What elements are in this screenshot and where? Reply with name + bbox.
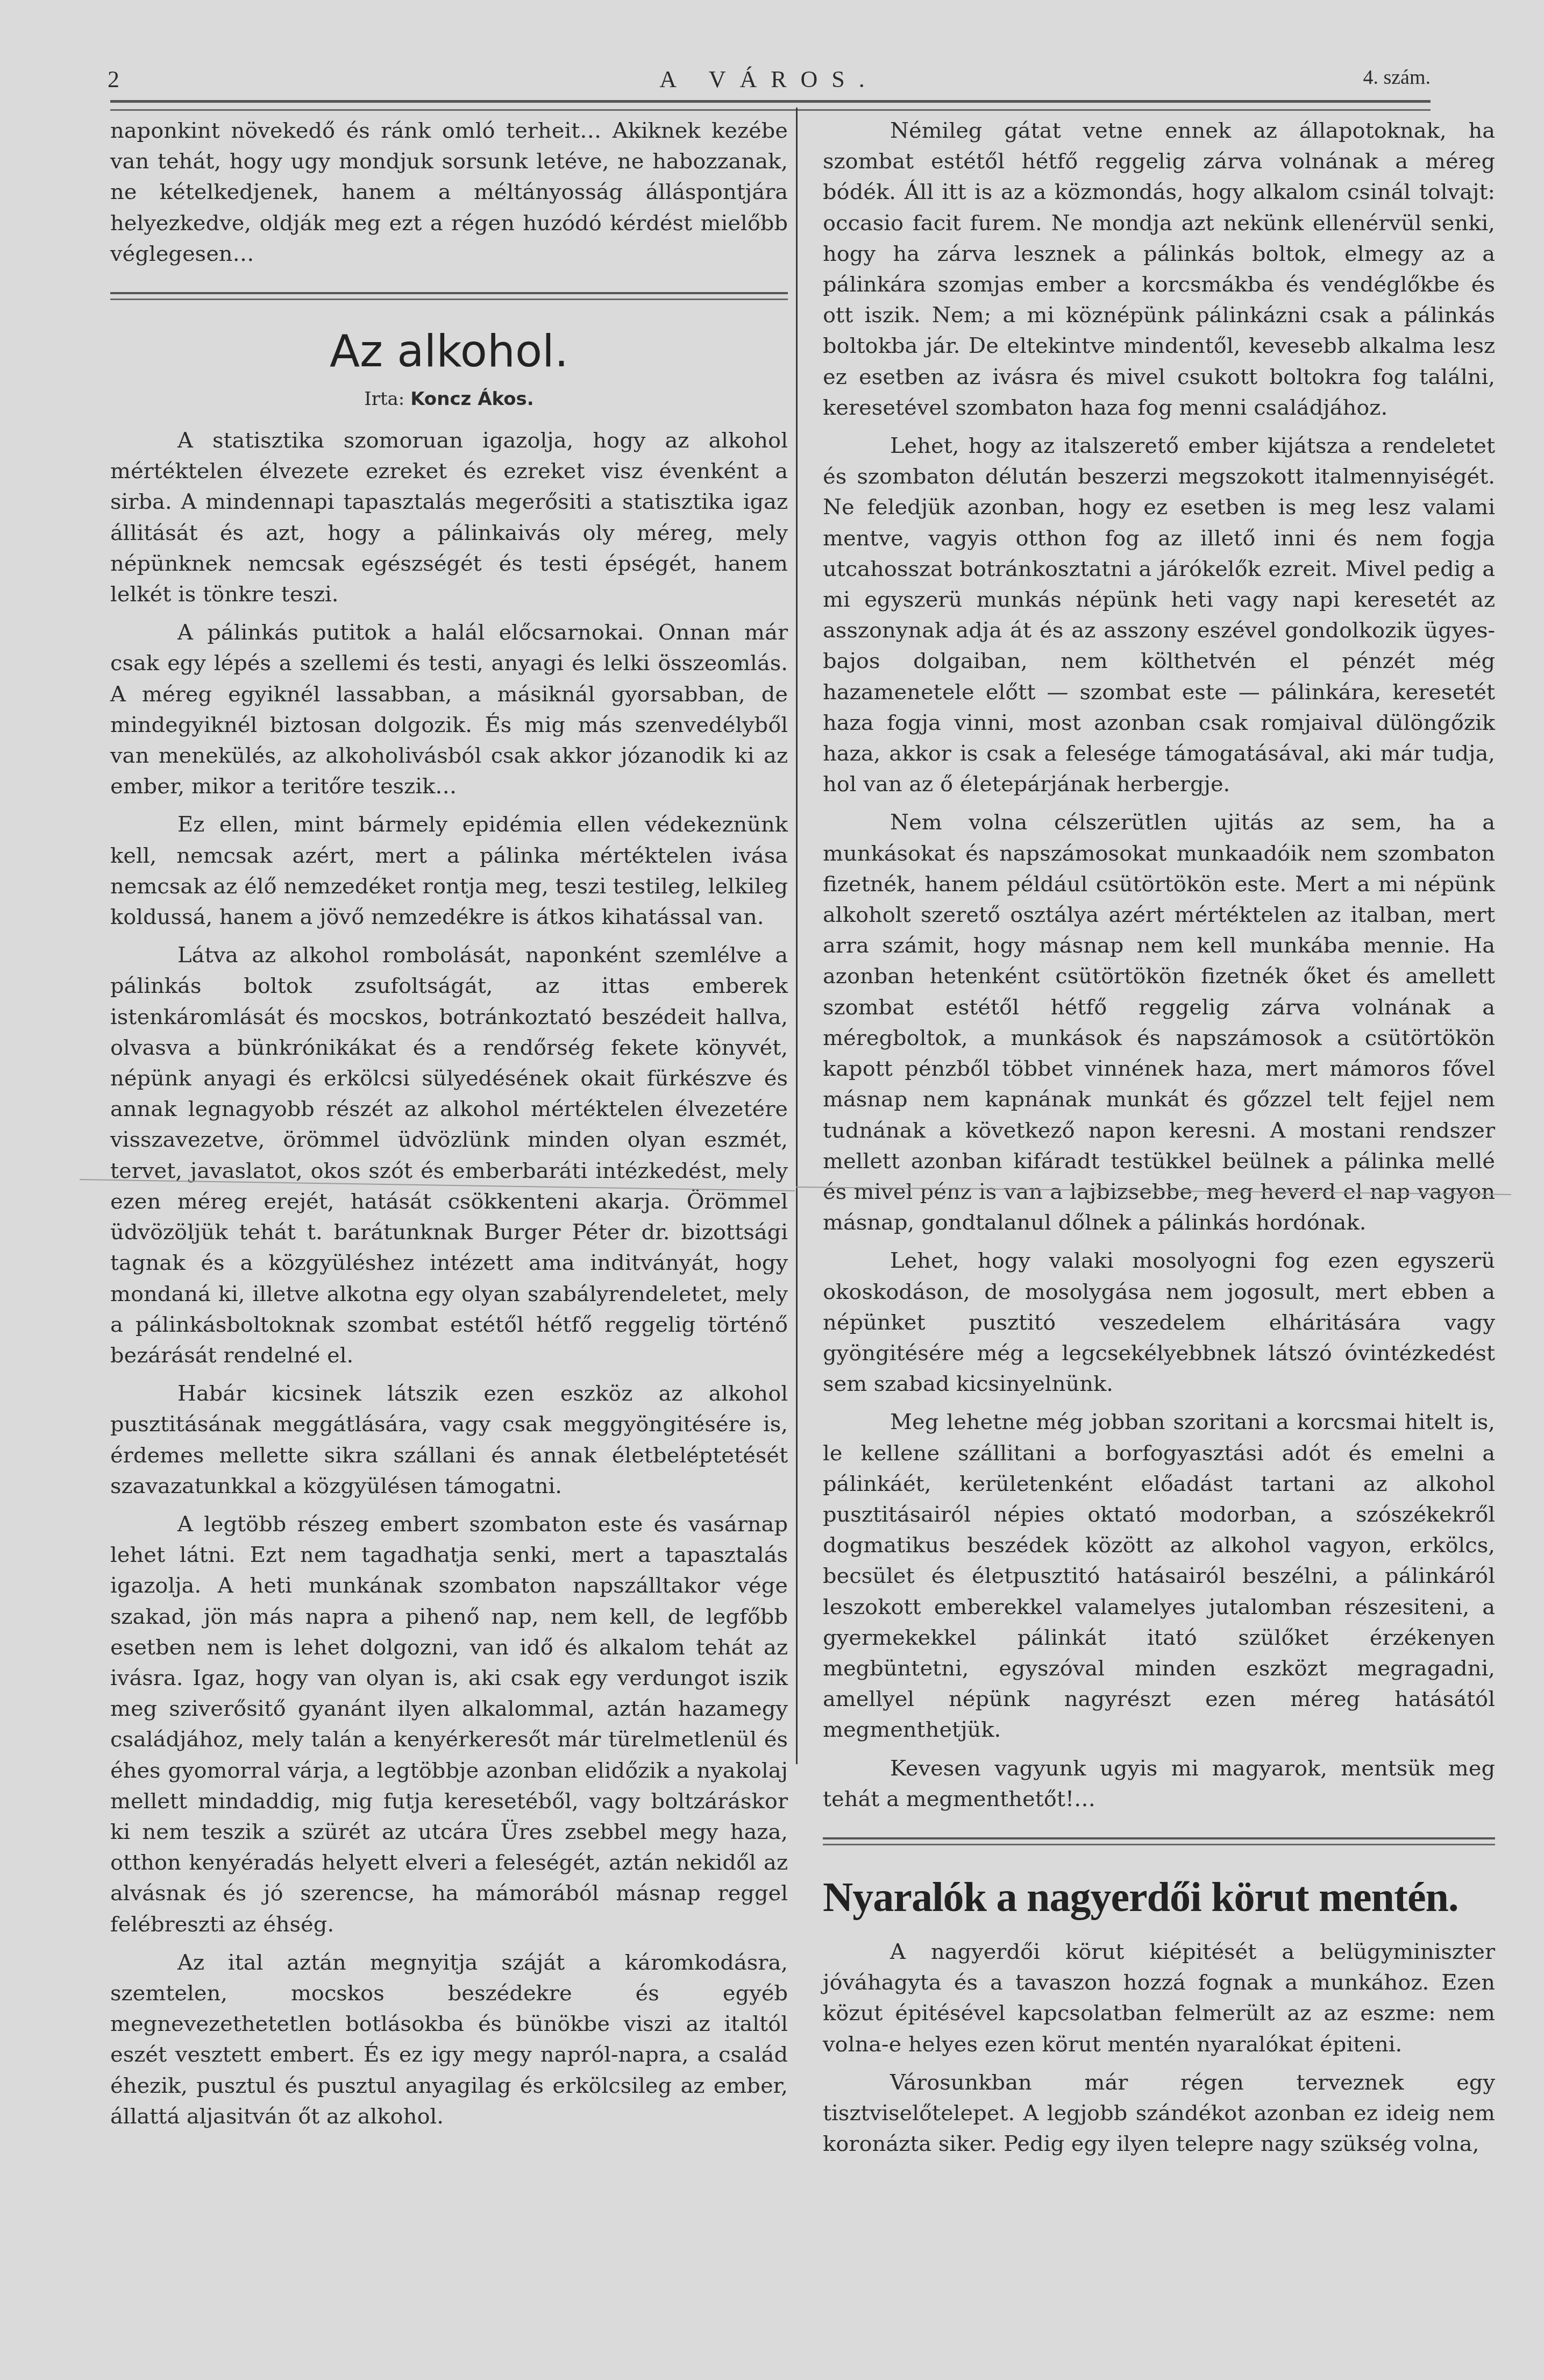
article-paragraph: Némileg gátat vetne ennek az állapotokna… [823, 116, 1495, 423]
article-title: Nyaralók a nagyerdői körut mentén. [823, 1871, 1495, 1923]
issue-number: 4. szám. [1363, 66, 1431, 89]
article-paragraph: Lehet, hogy valaki mosolyogni fog ezen e… [823, 1246, 1495, 1399]
article-paragraph: A statisztika szomoruan igazolja, hogy a… [110, 425, 788, 610]
newspaper-page: 2 A VÁROS. 4. szám. naponkint növekedő é… [81, 59, 1457, 2345]
left-column: naponkint növekedő és ránk omló terheit…… [110, 116, 788, 2140]
byline: Irta: Koncz Ákos. [110, 386, 788, 413]
column-divider [796, 108, 798, 1764]
article-paragraph: Nem volna célszerütlen ujitás az sem, ha… [823, 807, 1495, 1238]
article-paragraph: Az ital aztán megnyitja száját a káromko… [110, 1948, 788, 2132]
right-column: Némileg gátat vetne ennek az állapotokna… [823, 116, 1495, 2167]
article-paragraph: Lehet, hogy az italszerető ember kijátsz… [823, 431, 1495, 800]
article-paragraph: Meg lehetne még jobban szoritani a korcs… [823, 1407, 1495, 1745]
article-paragraph: Ez ellen, mint bármely epidémia ellen vé… [110, 809, 788, 933]
article-paragraph: A pálinkás putitok a halál előcsarnokai.… [110, 617, 788, 802]
article-paragraph: Látva az alkohol rombolását, naponként s… [110, 940, 788, 1371]
section-divider [823, 1837, 1495, 1845]
masthead: 2 A VÁROS. 4. szám. [81, 59, 1457, 91]
article-title: Az alkohol. [110, 326, 788, 377]
article-paragraph: A nagyerdői körut kiépitését a belügymin… [823, 1937, 1495, 2060]
byline-label: Irta: [364, 388, 404, 410]
author-name: Koncz Ákos. [410, 388, 534, 410]
article-paragraph: Kevesen vagyunk ugyis mi magyarok, ments… [823, 1753, 1495, 1815]
section-divider [110, 292, 788, 300]
article-paragraph: A legtöbb részeg embert szombaton este é… [110, 1509, 788, 1940]
continuation-paragraph: naponkint növekedő és ránk omló terheit…… [110, 116, 788, 269]
article-paragraph: Városunkban már régen terveznek egy tisz… [823, 2068, 1495, 2160]
masthead-rule [110, 100, 1431, 111]
article-paragraph: Habár kicsinek látszik ezen eszköz az al… [110, 1379, 788, 1502]
newspaper-title: A VÁROS. [81, 66, 1457, 93]
